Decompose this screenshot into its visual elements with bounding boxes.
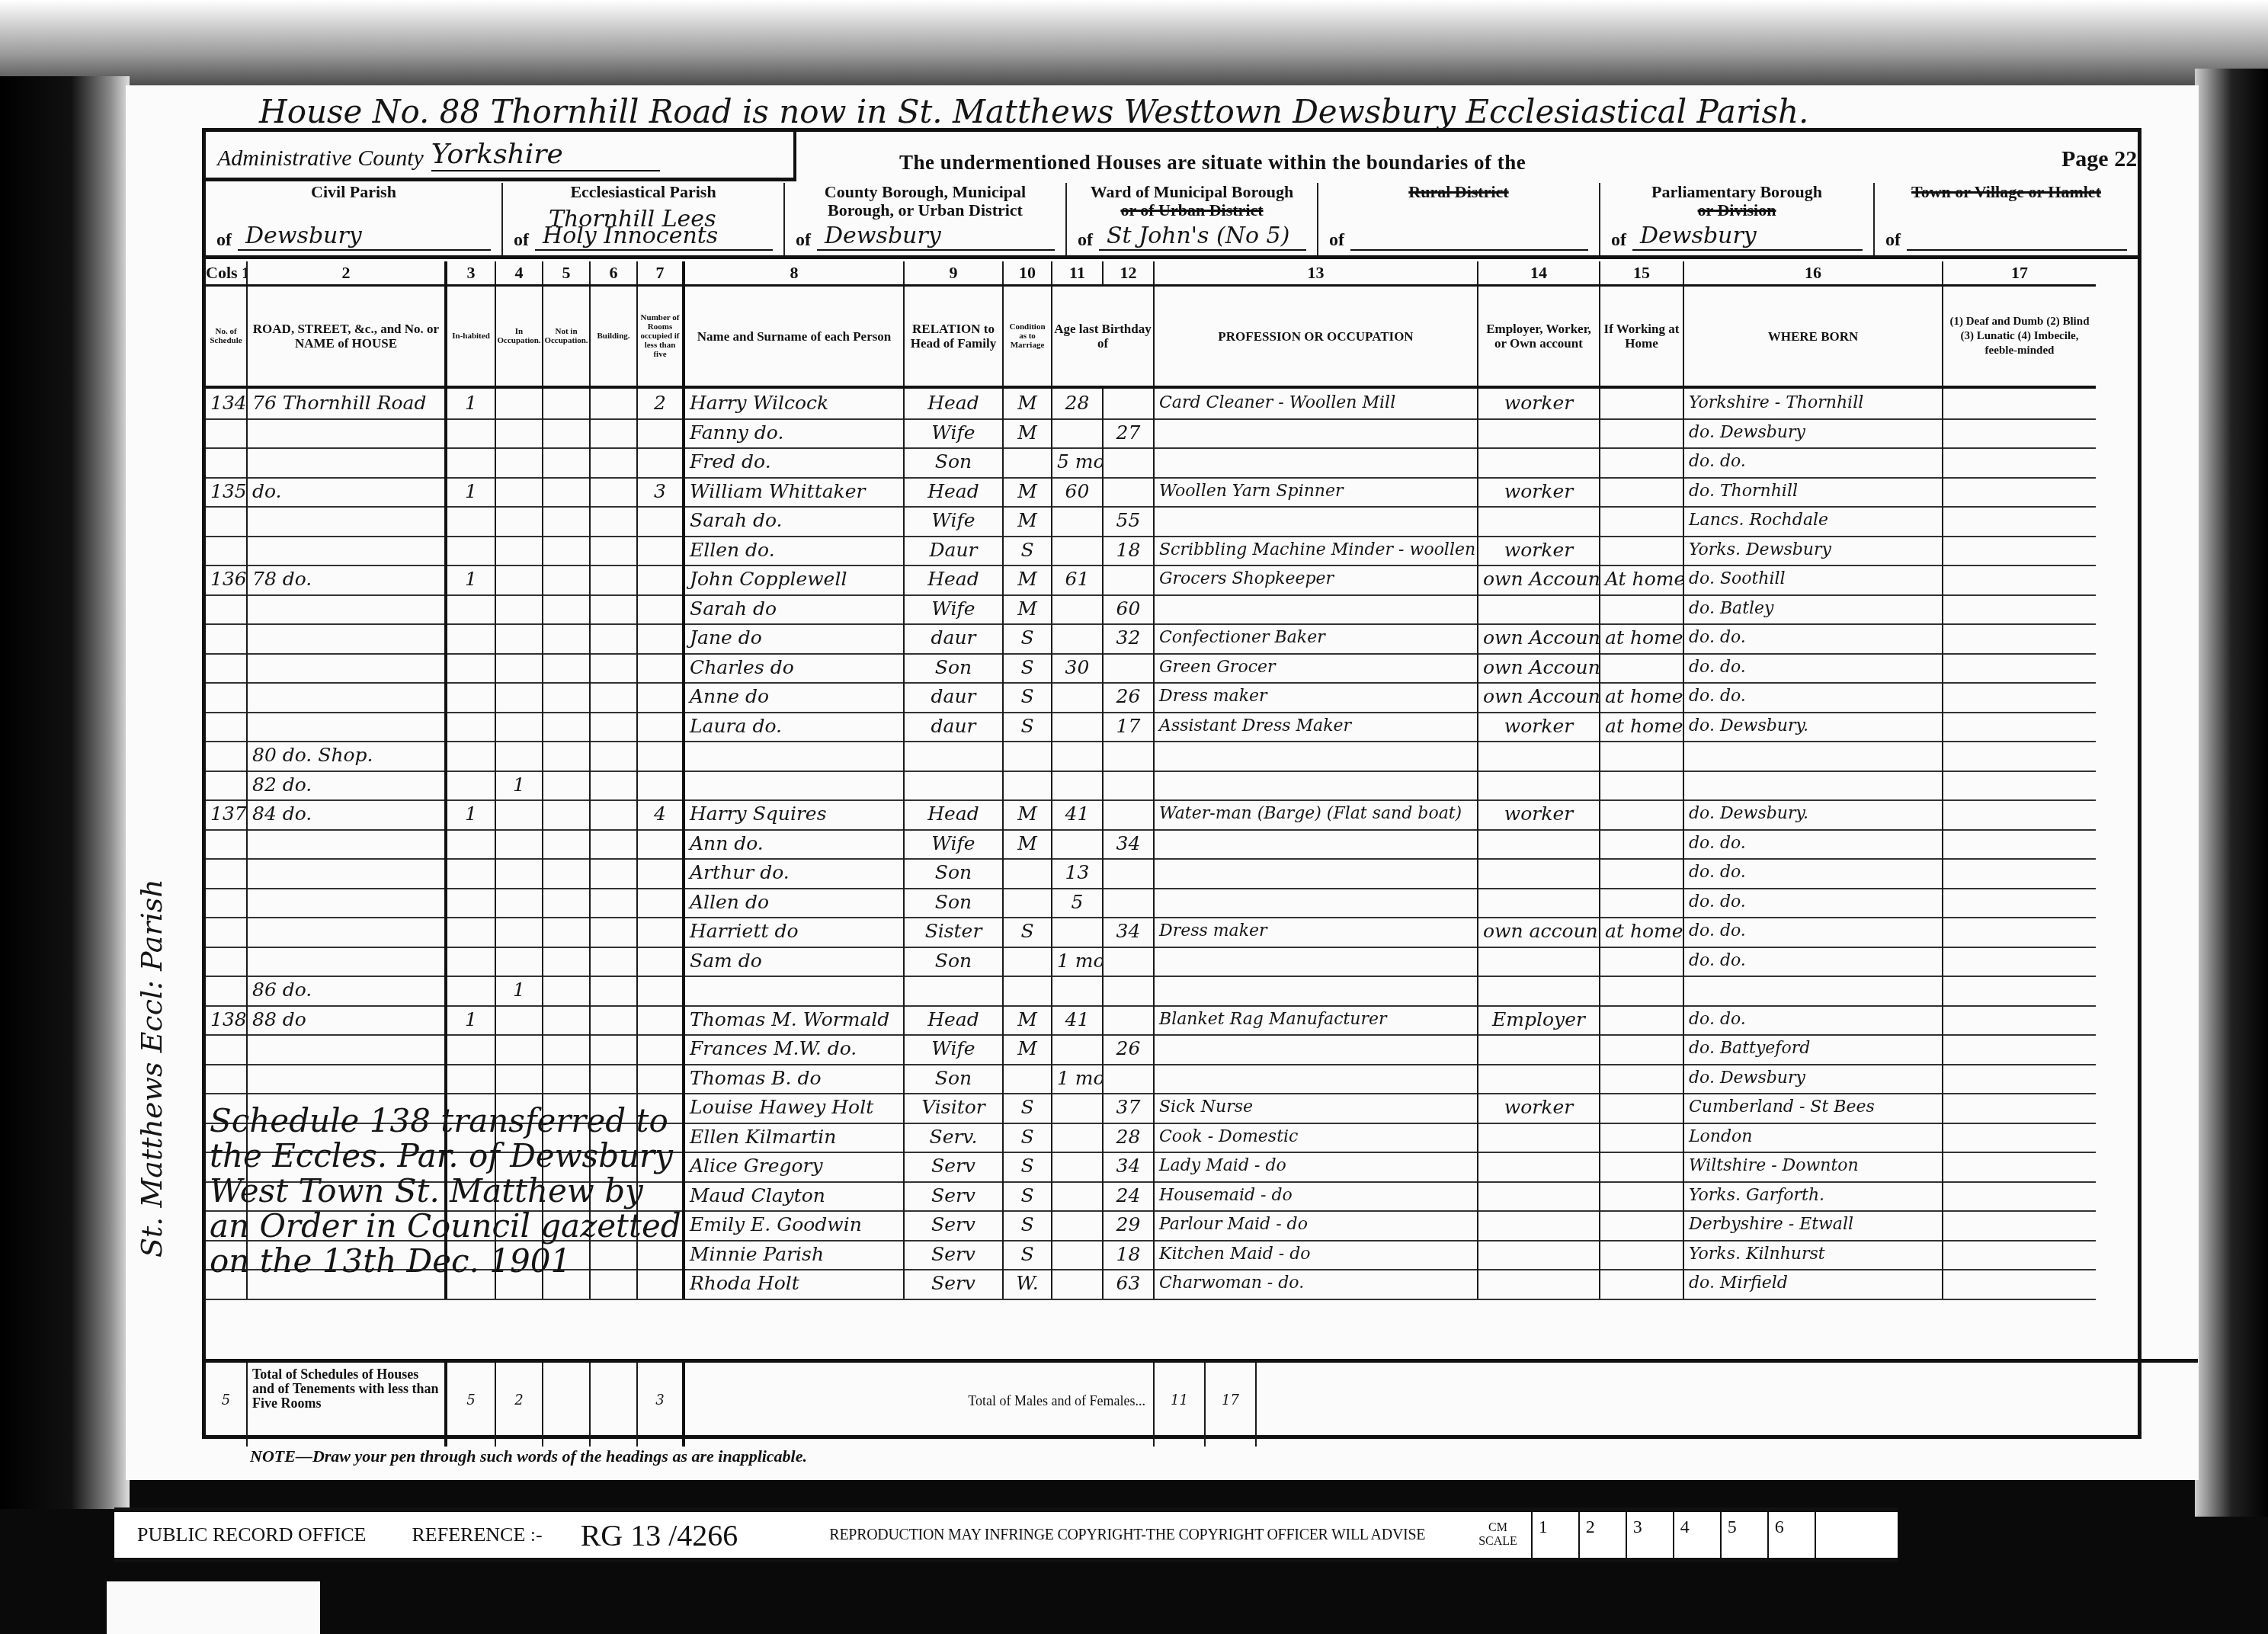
cell-occupation: Woollen Yarn Spinner [1155, 477, 1478, 507]
reference-value: RG 13 /4266 [581, 1517, 738, 1553]
district-value [1907, 223, 2127, 251]
cell-schedule [206, 858, 248, 888]
cell-road [248, 506, 447, 536]
cell-name: Arthur do. [685, 858, 905, 888]
cell-occupation [1155, 1034, 1478, 1064]
district-rural: Rural District of [1318, 183, 1600, 255]
cell-road [248, 594, 447, 624]
cell-relation: Serv. [905, 1123, 1004, 1152]
cell-building [591, 888, 638, 918]
cell-road [248, 418, 447, 448]
cell-road [248, 888, 447, 918]
cell-at-home [1600, 1123, 1684, 1152]
cell-male-age [1052, 506, 1104, 536]
total-schedules: 5 [206, 1363, 248, 1447]
cell-employer [1478, 1034, 1600, 1064]
cell-building [591, 653, 638, 683]
total-building [591, 1363, 638, 1447]
table-row: 13476 Thornhill Road12Harry WilcockHeadM… [206, 389, 2096, 420]
cell-at-home: at home [1600, 917, 1684, 947]
cm-label: CM [1488, 1521, 1507, 1534]
column-number: 13 [1155, 261, 1478, 284]
cell-at-home [1600, 1181, 1684, 1211]
cell-road [248, 947, 447, 976]
cell-schedule [206, 536, 248, 565]
cell-employer [1478, 1240, 1600, 1270]
table-row: 80 do. Shop. [206, 741, 2096, 772]
cell-male-age [1052, 1152, 1104, 1181]
of-label: of [1611, 230, 1626, 251]
cell-occupation [1155, 506, 1478, 536]
cell-where-born: do. Mirfield [1684, 1269, 1943, 1299]
cell-female-age [1104, 976, 1155, 1005]
scale-tick: 1 [1531, 1512, 1578, 1558]
cell-employer [1478, 1064, 1600, 1094]
district-municipal-borough: County Borough, Municipal Borough, or Ur… [785, 183, 1067, 255]
cell-uninh-occ [496, 947, 543, 976]
cell-relation: Son [905, 653, 1004, 683]
cell-building [591, 917, 638, 947]
cell-male-age: 5 mo [1052, 447, 1104, 477]
cell-name: Harriett do [685, 917, 905, 947]
cell-at-home [1600, 1064, 1684, 1094]
cell-uninh-occ [496, 389, 543, 418]
cell-infirmity [1943, 1181, 2096, 1211]
cell-male-age [1052, 682, 1104, 712]
table-row: Ellen do.DaurS18Scribbling Machine Minde… [206, 536, 2096, 567]
cell-uninh-occ [496, 1034, 543, 1064]
cell-employer [1478, 1210, 1600, 1240]
cell-female-age [1104, 858, 1155, 888]
cell-name: Sarah do [685, 594, 905, 624]
cell-name [685, 771, 905, 800]
cell-employer [1478, 947, 1600, 976]
cell-inhabited [447, 1064, 496, 1094]
cell-at-home [1600, 1210, 1684, 1240]
cell-uninh-occ [496, 653, 543, 683]
cell-female-age [1104, 947, 1155, 976]
cell-inhabited: 1 [447, 799, 496, 829]
cell-relation: Wife [905, 829, 1004, 859]
cell-rooms [638, 741, 685, 771]
cell-male-age [1052, 976, 1104, 1005]
cell-rooms [638, 447, 685, 477]
cell-employer: own account [1478, 917, 1600, 947]
header-at-home: If Working at Home [1600, 287, 1684, 386]
cell-name: Harry Squires [685, 799, 905, 829]
cell-relation [905, 771, 1004, 800]
table-row: 13784 do.14Harry SquiresHeadM41Water-man… [206, 799, 2096, 831]
cell-male-age: 30 [1052, 653, 1104, 683]
cell-road: 82 do. [248, 771, 447, 800]
cell-occupation: Charwoman - do. [1155, 1269, 1478, 1299]
cell-female-age [1104, 799, 1155, 829]
cell-where-born: Yorks. Dewsbury [1684, 536, 1943, 565]
cell-where-born: do. Soothill [1684, 565, 1943, 594]
cell-at-home [1600, 1269, 1684, 1299]
cell-occupation [1155, 947, 1478, 976]
cell-rooms [638, 623, 685, 653]
cell-rooms [638, 771, 685, 800]
district-value: Dewsbury [817, 223, 1055, 251]
cell-infirmity [1943, 771, 2096, 800]
cell-infirmity [1943, 565, 2096, 594]
cell-road [248, 1064, 447, 1094]
column-number: 2 [248, 261, 447, 284]
cell-relation: Serv [905, 1152, 1004, 1181]
totals-label: Total of Schedules of Houses and of Tene… [248, 1363, 447, 1447]
cell-name: Alice Gregory [685, 1152, 905, 1181]
cell-male-age [1052, 1034, 1104, 1064]
cell-schedule: 137 [206, 799, 248, 829]
cell-uninh-occ [496, 594, 543, 624]
cell-occupation [1155, 1064, 1478, 1094]
cell-building [591, 1034, 638, 1064]
cell-female-age: 29 [1104, 1210, 1155, 1240]
cell-condition [1004, 976, 1052, 1005]
cell-uninh-not [543, 1064, 591, 1094]
cell-condition: M [1004, 477, 1052, 507]
cell-employer [1478, 741, 1600, 771]
cell-where-born: do. do. [1684, 653, 1943, 683]
cell-building [591, 799, 638, 829]
header-employer: Employer, Worker, or Own account [1478, 287, 1600, 386]
cell-rooms [638, 506, 685, 536]
cell-inhabited [447, 506, 496, 536]
cell-employer: worker [1478, 712, 1600, 742]
column-number: 3 [447, 261, 496, 284]
table-row: 13678 do.1John CopplewellHeadM61Grocers … [206, 565, 2096, 596]
header-name: Name and Surname of each Person [685, 287, 905, 386]
cell-male-age [1052, 1240, 1104, 1270]
cell-male-age: 1 mo [1052, 947, 1104, 976]
cell-inhabited [447, 888, 496, 918]
cell-road: 76 Thornhill Road [248, 389, 447, 418]
cell-rooms [638, 536, 685, 565]
total-mf-label: Total of Males and of Females... [685, 1363, 1155, 1447]
cell-occupation: Cook - Domestic [1155, 1123, 1478, 1152]
cell-infirmity [1943, 1034, 2096, 1064]
cell-uninh-occ [496, 1005, 543, 1035]
cell-building [591, 829, 638, 859]
column-numbers-row: Cols 1234567891011121314151617 [206, 261, 2096, 287]
cell-building [591, 1064, 638, 1094]
cell-infirmity [1943, 917, 2096, 947]
cell-female-age: 28 [1104, 1123, 1155, 1152]
cell-inhabited [447, 917, 496, 947]
total-uninhabited: 2 [496, 1363, 543, 1447]
cell-male-age [1052, 741, 1104, 771]
cell-uninh-not [543, 565, 591, 594]
district-value: Holy Innocents [535, 223, 773, 251]
cell-building [591, 712, 638, 742]
cell-female-age: 17 [1104, 712, 1155, 742]
cell-name: Fanny do. [685, 418, 905, 448]
header-infirmity: (1) Deaf and Dumb (2) Blind (3) Lunatic … [1943, 287, 2096, 386]
cell-inhabited [447, 858, 496, 888]
cell-uninh-not [543, 917, 591, 947]
cell-uninh-occ: 1 [496, 976, 543, 1005]
cell-where-born: do. Batley [1684, 594, 1943, 624]
cell-building [591, 682, 638, 712]
cell-name: Charles do [685, 653, 905, 683]
cell-schedule [206, 829, 248, 859]
cell-uninh-occ [496, 623, 543, 653]
cell-female-age [1104, 888, 1155, 918]
cell-female-age [1104, 565, 1155, 594]
cell-condition [1004, 1064, 1052, 1094]
column-number: 17 [1943, 261, 2096, 284]
cell-building [591, 477, 638, 507]
cell-occupation: Green Grocer [1155, 653, 1478, 683]
cell-rooms: 2 [638, 389, 685, 418]
cell-inhabited [447, 976, 496, 1005]
cell-condition: M [1004, 1005, 1052, 1035]
scale-tick: 3 [1626, 1512, 1673, 1558]
total-females: 17 [1206, 1363, 1257, 1447]
of-label: of [514, 230, 529, 251]
table-row: Sarah doWifeM60do. Batley [206, 594, 2096, 626]
scale-tick: 5 [1720, 1512, 1767, 1558]
cell-occupation: Lady Maid - do [1155, 1152, 1478, 1181]
cell-rooms [638, 888, 685, 918]
cell-building [591, 389, 638, 418]
cell-male-age [1052, 917, 1104, 947]
cell-uninh-not [543, 829, 591, 859]
cell-where-born: Yorks. Garforth. [1684, 1181, 1943, 1211]
cell-schedule: 136 [206, 565, 248, 594]
cell-condition: S [1004, 623, 1052, 653]
cell-relation: Son [905, 858, 1004, 888]
district-value: St John's (No 5) [1099, 223, 1306, 251]
cell-infirmity [1943, 858, 2096, 888]
district-ecclesiastical-parish: Ecclesiastical Parish Thornhill Lees ofH… [503, 183, 785, 255]
total-not-occupied [543, 1363, 591, 1447]
header-where-born: WHERE BORN [1684, 287, 1943, 386]
cell-rooms [638, 917, 685, 947]
table-row: Ann do.WifeM34do. do. [206, 829, 2096, 860]
cell-male-age [1052, 1181, 1104, 1211]
cell-at-home [1600, 1152, 1684, 1181]
cell-name: John Copplewell [685, 565, 905, 594]
cell-where-born: do. do. [1684, 858, 1943, 888]
cell-uninh-not [543, 771, 591, 800]
cell-at-home [1600, 829, 1684, 859]
scale-tick: 6 [1767, 1512, 1815, 1558]
cell-condition: S [1004, 1181, 1052, 1211]
cell-where-born: Yorkshire - Thornhill [1684, 389, 1943, 418]
cell-name: William Whittaker [685, 477, 905, 507]
column-number: 11 [1052, 261, 1104, 284]
cell-condition: S [1004, 1210, 1052, 1240]
totals-row: 5 Total of Schedules of Houses and of Te… [206, 1359, 2198, 1447]
cell-uninh-not [543, 799, 591, 829]
cell-road [248, 536, 447, 565]
cell-female-age [1104, 477, 1155, 507]
cell-occupation: Assistant Dress Maker [1155, 712, 1478, 742]
cell-at-home [1600, 653, 1684, 683]
column-number: 7 [638, 261, 685, 284]
cell-employer: own Account [1478, 653, 1600, 683]
cell-uninh-not [543, 477, 591, 507]
cell-inhabited [447, 1034, 496, 1064]
cell-infirmity [1943, 623, 2096, 653]
cell-inhabited [447, 947, 496, 976]
cell-uninh-occ [496, 565, 543, 594]
cell-at-home: at home [1600, 682, 1684, 712]
cell-schedule [206, 947, 248, 976]
cell-building [591, 565, 638, 594]
cell-condition: W. [1004, 1269, 1052, 1299]
cell-uninh-not [543, 418, 591, 448]
cell-condition: S [1004, 653, 1052, 683]
cell-road [248, 1034, 447, 1064]
administrative-county-value: Yorkshire [431, 139, 660, 171]
cell-building [591, 947, 638, 976]
cell-relation: daur [905, 712, 1004, 742]
cell-inhabited: 1 [447, 477, 496, 507]
cell-building [591, 418, 638, 448]
cell-at-home [1600, 1240, 1684, 1270]
cell-inhabited [447, 623, 496, 653]
cell-condition [1004, 741, 1052, 771]
column-number: 14 [1478, 261, 1600, 284]
cell-infirmity [1943, 712, 2096, 742]
cell-road: 84 do. [248, 799, 447, 829]
of-label: of [796, 230, 811, 251]
cell-schedule [206, 771, 248, 800]
cell-uninh-not [543, 653, 591, 683]
cell-occupation [1155, 741, 1478, 771]
cell-occupation [1155, 888, 1478, 918]
cell-schedule: 134 [206, 389, 248, 418]
cell-road [248, 682, 447, 712]
cell-employer: worker [1478, 536, 1600, 565]
cell-condition: S [1004, 536, 1052, 565]
cell-male-age [1052, 1269, 1104, 1299]
cell-road [248, 858, 447, 888]
cell-schedule [206, 917, 248, 947]
cell-infirmity [1943, 506, 2096, 536]
cell-uninh-occ [496, 888, 543, 918]
cell-name: Harry Wilcock [685, 389, 905, 418]
scan-right-shadow [2195, 69, 2268, 1517]
cell-infirmity [1943, 1152, 2096, 1181]
cell-rooms: 4 [638, 799, 685, 829]
cell-relation: Head [905, 565, 1004, 594]
cell-building [591, 858, 638, 888]
district-title: Ward of Municipal Borough [1067, 183, 1317, 201]
cell-rooms [638, 829, 685, 859]
cell-condition: S [1004, 682, 1052, 712]
column-number: 10 [1004, 261, 1052, 284]
cell-building [591, 623, 638, 653]
cell-employer: own Account [1478, 565, 1600, 594]
cell-rooms [638, 565, 685, 594]
cell-female-age: 26 [1104, 1034, 1155, 1064]
scan-left-shadow [0, 76, 130, 1509]
cell-infirmity [1943, 976, 2096, 1005]
cell-where-born: Cumberland - St Bees [1684, 1093, 1943, 1123]
table-row: Sarah do.WifeM55Lancs. Rochdale [206, 506, 2096, 537]
cell-female-age: 26 [1104, 682, 1155, 712]
scan-top-shadow [0, 0, 2268, 99]
cell-rooms [638, 1034, 685, 1064]
cell-at-home: At home [1600, 565, 1684, 594]
cell-infirmity [1943, 594, 2096, 624]
cell-road [248, 712, 447, 742]
cell-male-age: 28 [1052, 389, 1104, 418]
cell-relation: Head [905, 1005, 1004, 1035]
cell-infirmity [1943, 1210, 2096, 1240]
cell-road [248, 653, 447, 683]
cell-occupation: Housemaid - do [1155, 1181, 1478, 1211]
cell-at-home [1600, 447, 1684, 477]
district-town: Town or Village or Hamlet of [1875, 183, 2138, 255]
cell-uninh-not [543, 741, 591, 771]
cell-uninh-not [543, 389, 591, 418]
cell-occupation: Water-man (Barge) (Flat sand boat) [1155, 799, 1478, 829]
cell-rooms [638, 858, 685, 888]
of-label: of [1885, 230, 1901, 251]
cell-condition: S [1004, 1240, 1052, 1270]
cell-employer: worker [1478, 799, 1600, 829]
cell-inhabited: 1 [447, 389, 496, 418]
cell-condition [1004, 888, 1052, 918]
cell-female-age: 18 [1104, 536, 1155, 565]
undermentioned-heading: The undermentioned Houses are situate wi… [899, 151, 1526, 175]
cell-inhabited [447, 594, 496, 624]
cell-employer [1478, 858, 1600, 888]
footnote: NOTE—Draw your pen through such words of… [250, 1447, 807, 1466]
cell-occupation: Confectioner Baker [1155, 623, 1478, 653]
cell-female-age: 24 [1104, 1181, 1155, 1211]
cell-occupation [1155, 594, 1478, 624]
header-rooms: Number of Rooms occupied if less than fi… [638, 287, 685, 386]
cell-female-age: 34 [1104, 1152, 1155, 1181]
cell-rooms [638, 418, 685, 448]
cell-employer [1478, 1123, 1600, 1152]
header-in-occupation: In Occupation. [496, 287, 543, 386]
cell-employer [1478, 1152, 1600, 1181]
cell-inhabited [447, 653, 496, 683]
cell-infirmity [1943, 1093, 2096, 1123]
cell-schedule [206, 712, 248, 742]
table-row: Arthur do.Son13do. do. [206, 858, 2096, 889]
cell-relation [905, 741, 1004, 771]
copyright-notice: REPRODUCTION MAY INFRINGE COPYRIGHT-THE … [829, 1527, 1425, 1544]
cell-uninh-occ [496, 536, 543, 565]
cell-building [591, 1005, 638, 1035]
cell-at-home [1600, 477, 1684, 507]
cell-road: 80 do. Shop. [248, 741, 447, 771]
district-civil-parish: Civil Parish ofDewsbury [206, 183, 503, 255]
cell-schedule [206, 976, 248, 1005]
cell-relation: Sister [905, 917, 1004, 947]
cell-employer [1478, 447, 1600, 477]
cell-uninh-not [543, 712, 591, 742]
cell-male-age: 41 [1052, 799, 1104, 829]
cell-schedule [206, 418, 248, 448]
of-label: of [1329, 230, 1344, 251]
cell-uninh-occ [496, 712, 543, 742]
district-subtitle: or Division [1600, 201, 1873, 219]
cell-male-age: 13 [1052, 858, 1104, 888]
header-inhabited: In-habited [447, 287, 496, 386]
table-row: Allen doSon5do. do. [206, 888, 2096, 919]
cell-infirmity [1943, 536, 2096, 565]
cell-male-age: 61 [1052, 565, 1104, 594]
